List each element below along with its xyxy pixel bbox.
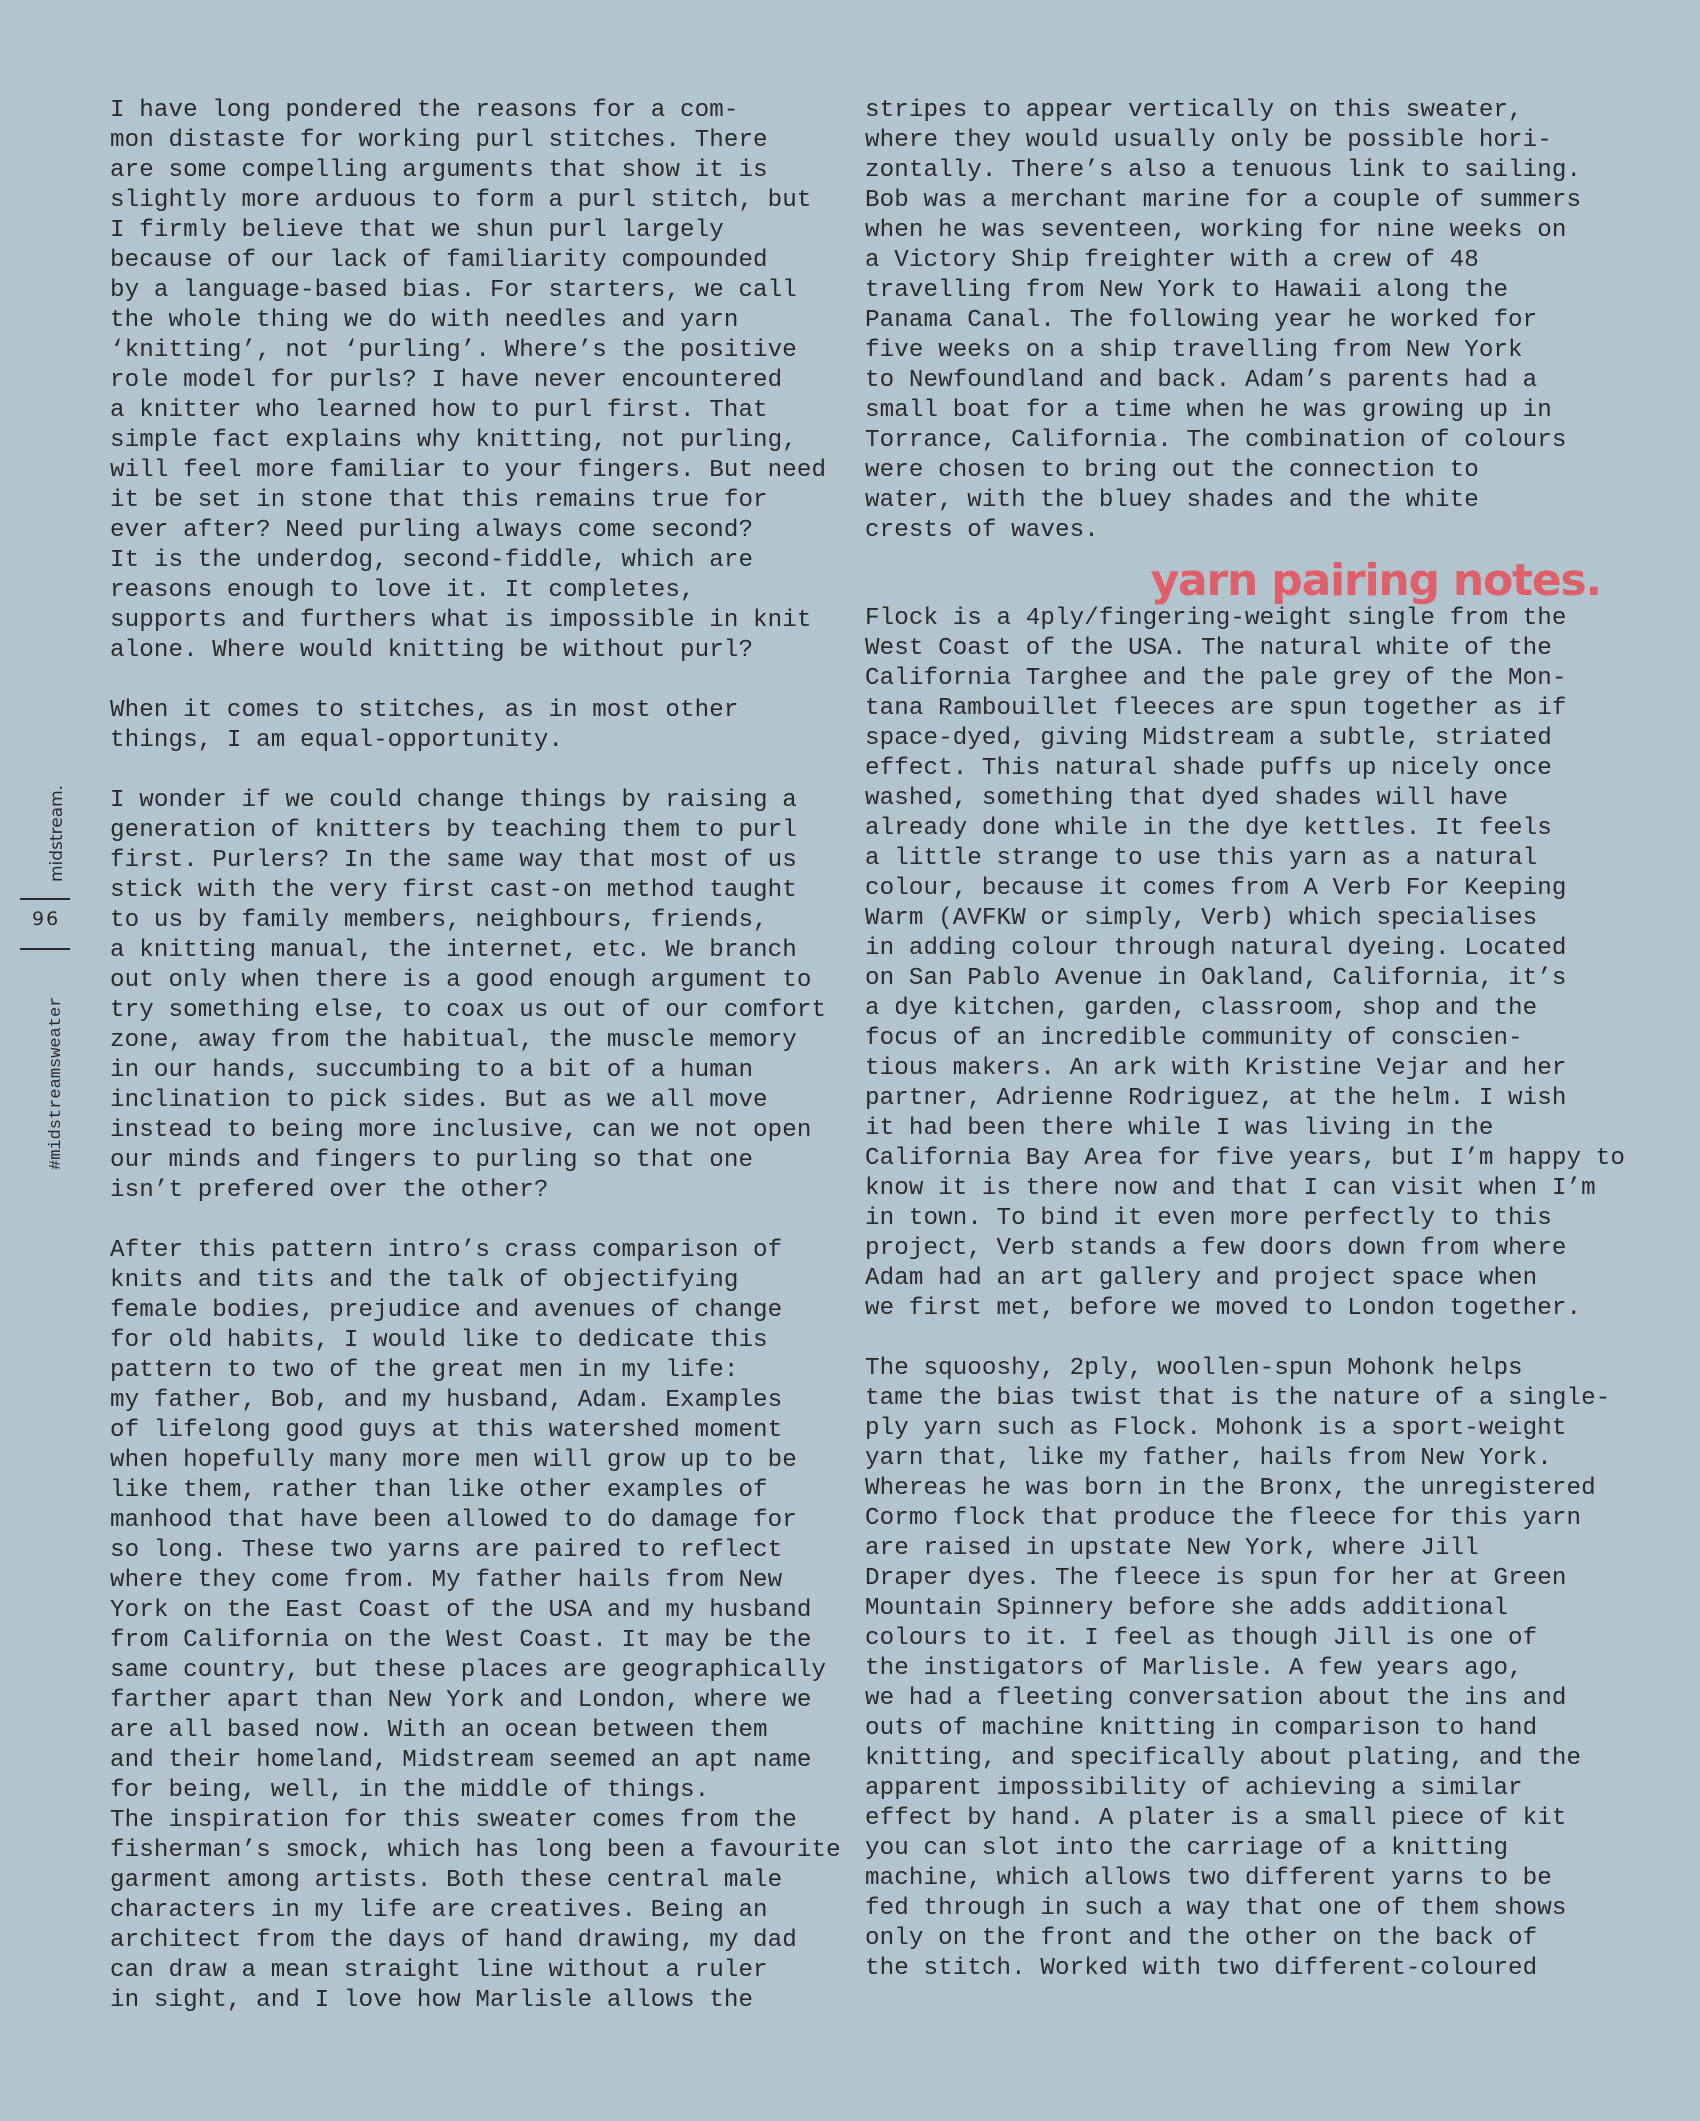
text-line: stripes to appear vertically on this swe… <box>865 96 1605 126</box>
text-line: zone, away from the habitual, the muscle… <box>110 1026 850 1056</box>
text-line: same country, but these places are geogr… <box>110 1656 850 1686</box>
paragraph-gap <box>110 756 850 786</box>
text-line: water, with the bluey shades and the whi… <box>865 486 1605 516</box>
body-paragraph: The squooshy, 2ply, woollen-spun Mohonk … <box>865 1354 1605 1984</box>
text-line: it be set in stone that this remains tru… <box>110 486 850 516</box>
body-paragraph: I wonder if we could change things by ra… <box>110 786 850 1206</box>
text-line: the stitch. Worked with two different-co… <box>865 1954 1605 1984</box>
text-line: I firmly believe that we shun purl large… <box>110 216 850 246</box>
text-line: farther apart than New York and London, … <box>110 1686 850 1716</box>
text-line: the whole thing we do with needles and y… <box>110 306 850 336</box>
text-line: where they would usually only be possibl… <box>865 126 1605 156</box>
text-line: you can slot into the carriage of a knit… <box>865 1834 1605 1864</box>
text-line: alone. Where would knitting be without p… <box>110 636 850 666</box>
text-line: tana Rambouillet fleeces are spun togeth… <box>865 694 1605 724</box>
text-line: garment among artists. Both these centra… <box>110 1866 850 1896</box>
text-line: ply yarn such as Flock. Mohonk is a spor… <box>865 1414 1605 1444</box>
text-line: role model for purls? I have never encou… <box>110 366 850 396</box>
text-line: can draw a mean straight line without a … <box>110 1956 850 1986</box>
text-line: Torrance, California. The combination of… <box>865 426 1605 456</box>
text-line: knits and tits and the talk of objectify… <box>110 1266 850 1296</box>
text-line: the instigators of Marlisle. A few years… <box>865 1654 1605 1684</box>
text-line: out only when there is a good enough arg… <box>110 966 850 996</box>
text-line: Draper dyes. The fleece is spun for her … <box>865 1564 1605 1594</box>
text-line: Mountain Spinnery before she adds additi… <box>865 1594 1605 1624</box>
text-line: for old habits, I would like to dedicate… <box>110 1326 850 1356</box>
text-line: yarn that, like my father, hails from Ne… <box>865 1444 1605 1474</box>
text-line: small boat for a time when he was growin… <box>865 396 1605 426</box>
intro-paragraph: stripes to appear vertically on this swe… <box>865 96 1605 546</box>
text-line: crests of waves. <box>865 516 1605 546</box>
text-line: try something else, to coax us out of ou… <box>110 996 850 1026</box>
text-line: generation of knitters by teaching them … <box>110 816 850 846</box>
text-line: are raised in upstate New York, where Ji… <box>865 1534 1605 1564</box>
paragraph-gap <box>110 666 850 696</box>
text-line: to us by family members, neighbours, fri… <box>110 906 850 936</box>
text-line: in our hands, succumbing to a bit of a h… <box>110 1056 850 1086</box>
magazine-brand: midstream. <box>47 785 67 882</box>
text-line: so long. These two yarns are paired to r… <box>110 1536 850 1566</box>
body-paragraph: stripes to appear vertically on this swe… <box>865 96 1605 546</box>
text-line: were chosen to bring out the connection … <box>865 456 1605 486</box>
text-line: a dye kitchen, garden, classroom, shop a… <box>865 994 1605 1024</box>
text-line: a Victory Ship freighter with a crew of … <box>865 246 1605 276</box>
text-line: manhood that have been allowed to do dam… <box>110 1506 850 1536</box>
paragraph-gap <box>110 1206 850 1236</box>
text-line: Whereas he was born in the Bronx, the un… <box>865 1474 1605 1504</box>
text-line: will feel more familiar to your fingers.… <box>110 456 850 486</box>
text-line: When it comes to stitches, as in most ot… <box>110 696 850 726</box>
text-line: like them, rather than like other exampl… <box>110 1476 850 1506</box>
text-line: Adam had an art gallery and project spac… <box>865 1264 1605 1294</box>
text-line: Cormo flock that produce the fleece for … <box>865 1504 1605 1534</box>
text-line: stick with the very first cast-on method… <box>110 876 850 906</box>
text-line: fed through in such a way that one of th… <box>865 1894 1605 1924</box>
text-line: from California on the West Coast. It ma… <box>110 1626 850 1656</box>
sidebar-divider-top <box>20 898 70 900</box>
section-heading: yarn pairing notes. <box>865 558 1605 604</box>
text-line: fisherman’s smock, which has long been a… <box>110 1836 850 1866</box>
text-line: already done while in the dye kettles. I… <box>865 814 1605 844</box>
text-line: in town. To bind it even more perfectly … <box>865 1204 1605 1234</box>
text-line: simple fact explains why knitting, not p… <box>110 426 850 456</box>
text-line: and their homeland, Midstream seemed an … <box>110 1746 850 1776</box>
text-line: female bodies, prejudice and avenues of … <box>110 1296 850 1326</box>
page-number: 96 <box>32 908 60 930</box>
text-line: washed, something that dyed shades will … <box>865 784 1605 814</box>
text-line: tame the bias twist that is the nature o… <box>865 1384 1605 1414</box>
text-line: are some compelling arguments that show … <box>110 156 850 186</box>
text-line: mon distaste for working purl stitches. … <box>110 126 850 156</box>
body-paragraph: Flock is a 4ply/fingering-weight single … <box>865 604 1605 1324</box>
text-line: ‘knitting’, not ‘purling’. Where’s the p… <box>110 336 850 366</box>
text-line: After this pattern intro’s crass compari… <box>110 1236 850 1266</box>
text-line: California Bay Area for five years, but … <box>865 1144 1605 1174</box>
text-line: a knitting manual, the internet, etc. We… <box>110 936 850 966</box>
text-line: I wonder if we could change things by ra… <box>110 786 850 816</box>
text-line: in sight, and I love how Marlisle allows… <box>110 1986 850 2016</box>
text-line: five weeks on a ship travelling from New… <box>865 336 1605 366</box>
text-line: my father, Bob, and my husband, Adam. Ex… <box>110 1386 850 1416</box>
text-line: when hopefully many more men will grow u… <box>110 1446 850 1476</box>
text-line: colours to it. I feel as though Jill is … <box>865 1624 1605 1654</box>
body-paragraph: After this pattern intro’s crass compari… <box>110 1236 850 2016</box>
text-line: West Coast of the USA. The natural white… <box>865 634 1605 664</box>
text-line: I have long pondered the reasons for a c… <box>110 96 850 126</box>
text-line: slightly more arduous to form a purl sti… <box>110 186 850 216</box>
text-line: a little strange to use this yarn as a n… <box>865 844 1605 874</box>
right-column: stripes to appear vertically on this swe… <box>865 96 1605 1984</box>
text-line: York on the East Coast of the USA and my… <box>110 1596 850 1626</box>
text-line: Panama Canal. The following year he work… <box>865 306 1605 336</box>
body-paragraph: When it comes to stitches, as in most ot… <box>110 696 850 756</box>
text-line: architect from the days of hand drawing,… <box>110 1926 850 1956</box>
text-line: space-dyed, giving Midstream a subtle, s… <box>865 724 1605 754</box>
text-line: travelling from New York to Hawaii along… <box>865 276 1605 306</box>
left-column: I have long pondered the reasons for a c… <box>110 96 850 2016</box>
text-line: Warm (AVFKW or simply, Verb) which speci… <box>865 904 1605 934</box>
text-line: instead to being more inclusive, can we … <box>110 1116 850 1146</box>
text-line: effect by hand. A plater is a small piec… <box>865 1804 1605 1834</box>
text-line: by a language-based bias. For starters, … <box>110 276 850 306</box>
text-line: apparent impossibility of achieving a si… <box>865 1774 1605 1804</box>
text-line: knitting, and specifically about plating… <box>865 1744 1605 1774</box>
text-line: first. Purlers? In the same way that mos… <box>110 846 850 876</box>
page-sidebar: midstream. 96 #midstreamsweater <box>20 780 90 1180</box>
text-line: partner, Adrienne Rodriguez, at the helm… <box>865 1084 1605 1114</box>
paragraph-gap <box>865 1324 1605 1354</box>
text-line: The inspiration for this sweater comes f… <box>110 1806 850 1836</box>
text-line: It is the underdog, second-fiddle, which… <box>110 546 850 576</box>
text-line: where they come from. My father hails fr… <box>110 1566 850 1596</box>
text-line: on San Pablo Avenue in Oakland, Californ… <box>865 964 1605 994</box>
text-line: reasons enough to love it. It completes, <box>110 576 850 606</box>
text-line: Flock is a 4ply/fingering-weight single … <box>865 604 1605 634</box>
text-line: effect. This natural shade puffs up nice… <box>865 754 1605 784</box>
text-line: it had been there while I was living in … <box>865 1114 1605 1144</box>
text-line: when he was seventeen, working for nine … <box>865 216 1605 246</box>
text-line: inclination to pick sides. But as we all… <box>110 1086 850 1116</box>
text-line: ever after? Need purling always come sec… <box>110 516 850 546</box>
text-line: colour, because it comes from A Verb For… <box>865 874 1605 904</box>
text-line: in adding colour through natural dyeing.… <box>865 934 1605 964</box>
hashtag: #midstreamsweater <box>47 997 66 1170</box>
text-line: California Targhee and the pale grey of … <box>865 664 1605 694</box>
text-line: we first met, before we moved to London … <box>865 1294 1605 1324</box>
text-line: things, I am equal-opportunity. <box>110 726 850 756</box>
text-line: because of our lack of familiarity compo… <box>110 246 850 276</box>
text-line: to Newfoundland and back. Adam’s parents… <box>865 366 1605 396</box>
text-line: are all based now. With an ocean between… <box>110 1716 850 1746</box>
text-line: supports and furthers what is impossible… <box>110 606 850 636</box>
text-line: only on the front and the other on the b… <box>865 1924 1605 1954</box>
text-line: characters in my life are creatives. Bei… <box>110 1896 850 1926</box>
text-line: The squooshy, 2ply, woollen-spun Mohonk … <box>865 1354 1605 1384</box>
text-line: outs of machine knitting in comparison t… <box>865 1714 1605 1744</box>
body-paragraph: I have long pondered the reasons for a c… <box>110 96 850 666</box>
text-line: we had a fleeting conversation about the… <box>865 1684 1605 1714</box>
text-line: pattern to two of the great men in my li… <box>110 1356 850 1386</box>
text-line: a knitter who learned how to purl first.… <box>110 396 850 426</box>
yarn-notes-body: Flock is a 4ply/fingering-weight single … <box>865 604 1605 1984</box>
text-line: tious makers. An ark with Kristine Vejar… <box>865 1054 1605 1084</box>
text-line: our minds and fingers to purling so that… <box>110 1146 850 1176</box>
text-line: Bob was a merchant marine for a couple o… <box>865 186 1605 216</box>
text-line: project, Verb stands a few doors down fr… <box>865 1234 1605 1264</box>
text-line: focus of an incredible community of cons… <box>865 1024 1605 1054</box>
sidebar-divider-bottom <box>20 948 70 950</box>
text-line: of lifelong good guys at this watershed … <box>110 1416 850 1446</box>
text-line: machine, which allows two different yarn… <box>865 1864 1605 1894</box>
text-line: isn’t prefered over the other? <box>110 1176 850 1206</box>
text-line: for being, well, in the middle of things… <box>110 1776 850 1806</box>
text-line: know it is there now and that I can visi… <box>865 1174 1605 1204</box>
text-line: zontally. There’s also a tenuous link to… <box>865 156 1605 186</box>
